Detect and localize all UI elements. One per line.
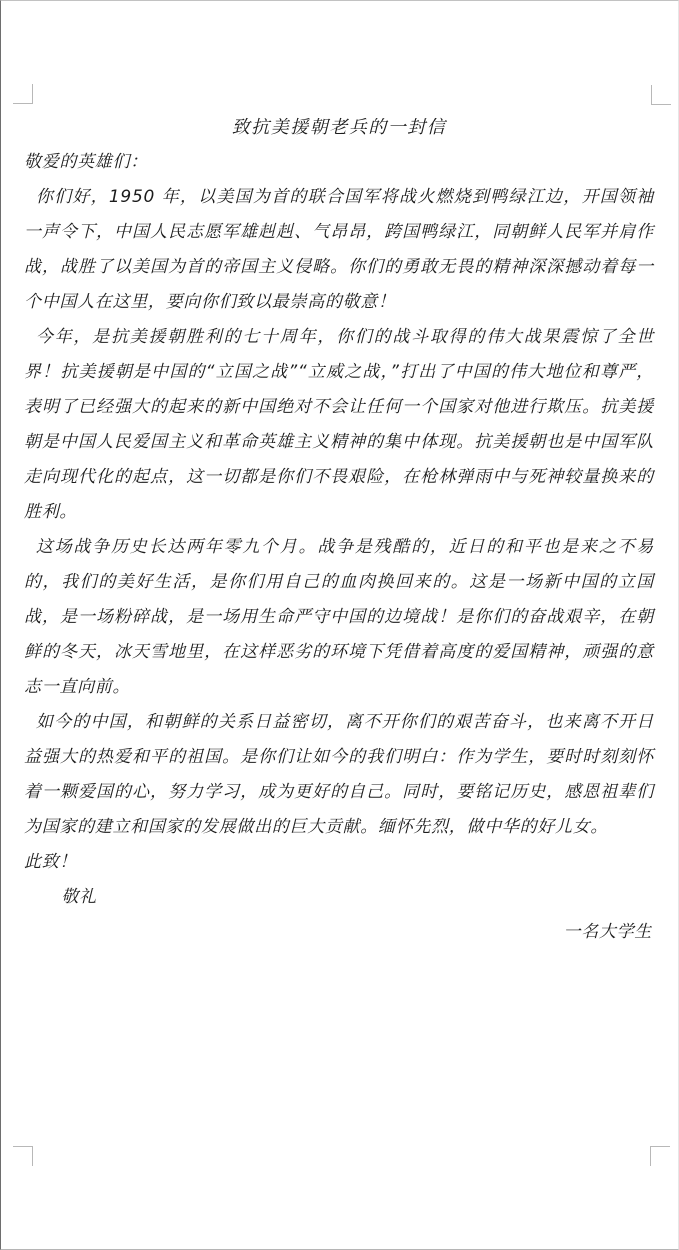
- letter-paragraph: 这场战争历史长达两年零九个月。战争是残酷的，近日的和平也是来之不易的，我们的美好…: [24, 530, 654, 705]
- letter-title: 致抗美援朝老兵的一封信: [24, 111, 654, 145]
- letter-paragraph: 今年，是抗美援朝胜利的七十周年，你们的战斗取得的伟大战果震惊了全世界！抗美援朝是…: [24, 320, 654, 530]
- closing-salute: 敬礼: [24, 880, 654, 915]
- signature: 一名大学生: [24, 915, 654, 950]
- letter-paragraph: 你们好，1950 年，以美国为首的联合国军将战火燃烧到鸭绿江边，开国领袖一声令下…: [24, 180, 654, 320]
- closing-phrase: 此致！: [24, 845, 654, 880]
- letter-salutation: 敬爱的英雄们：: [24, 145, 654, 180]
- margin-mark-top-left: [13, 84, 33, 104]
- margin-mark-top-right: [651, 85, 671, 105]
- margin-mark-bottom-left: [13, 1146, 33, 1166]
- document-page: 致抗美援朝老兵的一封信 敬爱的英雄们： 你们好，1950 年，以美国为首的联合国…: [0, 0, 679, 1250]
- letter-paragraph: 如今的中国，和朝鲜的关系日益密切，离不开你们的艰苦奋斗，也来离不开日益强大的热爱…: [24, 705, 654, 845]
- letter-body: 致抗美援朝老兵的一封信 敬爱的英雄们： 你们好，1950 年，以美国为首的联合国…: [24, 111, 654, 950]
- margin-mark-bottom-right: [650, 1146, 670, 1166]
